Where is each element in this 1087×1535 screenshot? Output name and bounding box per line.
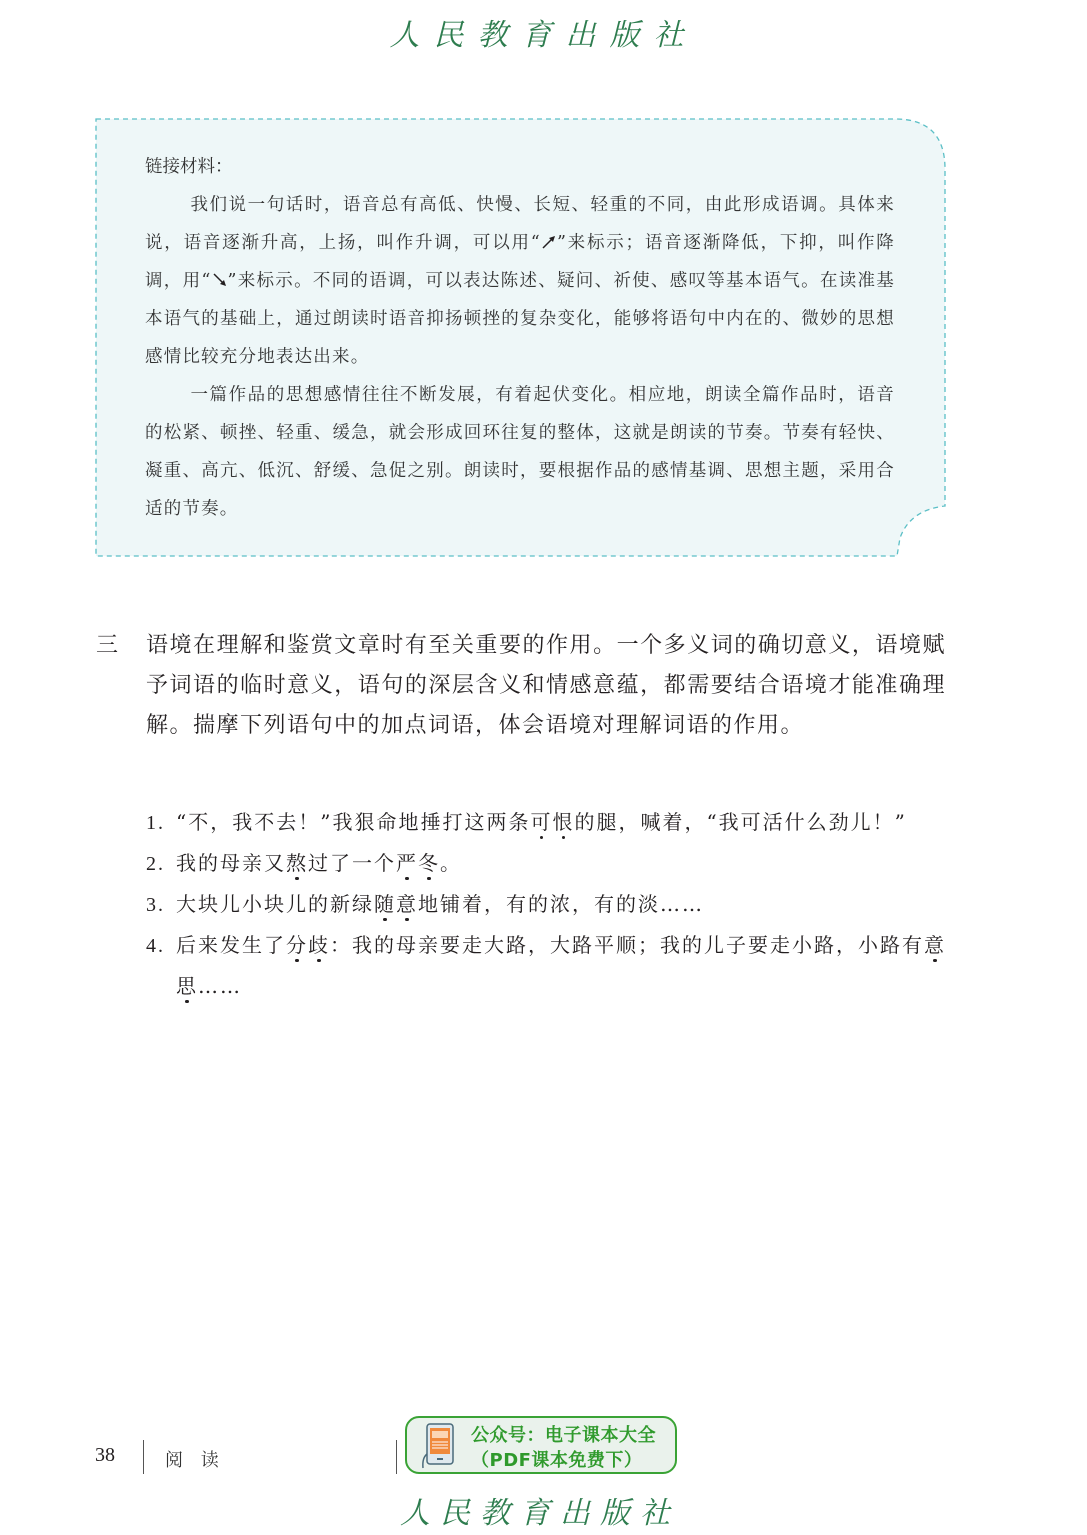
link-material-content: 链接材料： 我们说一句话时，语音总有高低、快慢、长短、轻重的不同，由此形成语调。… [145,148,895,528]
footer-divider [396,1440,397,1474]
badge-line-1: 公众号：电子课本大全 [471,1421,656,1447]
publisher-logo-top: 人民教育出版社 [0,10,1087,54]
footer-divider [143,1440,144,1474]
wechat-account-badge[interactable]: 公众号：电子课本大全 （PDF课本免费下） [405,1416,677,1474]
textbook-phone-icon [421,1422,459,1470]
link-material-paragraph-2: 一篇作品的思想感情往往不断发展，有着起伏变化。相应地，朗读全篇作品时，语音的松紧… [145,376,895,528]
exercise-item-2: 2.我的母亲又熬过了一个严冬。 [146,843,946,884]
emphasis-char: 意 [396,892,418,916]
emphasis-char: 熬 [286,851,308,875]
emphasis-char: 冬 [418,851,440,875]
link-material-title: 链接材料： [145,148,895,186]
emphasis-char: 可 [530,810,552,834]
emphasis-char: 严 [396,851,418,875]
link-material-paragraph-1: 我们说一句话时，语音总有高低、快慢、长短、轻重的不同，由此形成语调。具体来说，语… [145,186,895,376]
exercise-item-3: 3.大块儿小块儿的新绿随意地铺着，有的浓，有的淡…… [146,884,946,925]
exercise-item-4: 4.后来发生了分歧：我的母亲要走大路，大路平顺；我的儿子要走小路，小路有意思…… [146,925,946,1006]
badge-line-2: （PDF课本免费下） [471,1446,642,1472]
link-material-box: 链接材料： 我们说一句话时，语音总有高低、快慢、长短、轻重的不同，由此形成语调。… [95,118,945,556]
exercise-number: 三 [96,626,118,666]
page-number: 38 [95,1444,115,1467]
emphasis-char: 分 [286,933,308,957]
emphasis-char: 歧 [308,933,330,957]
emphasis-char: 意 [924,933,946,957]
exercise-items: 1.“不，我不去！”我狠命地捶打这两条可恨的腿，喊着，“我可活什么劲儿！” 2.… [146,802,946,1006]
exercise-prompt: 语境在理解和鉴赏文章时有至关重要的作用。一个多义词的确切意义，语境赋予词语的临时… [146,626,946,746]
emphasis-char: 思 [176,974,198,998]
emphasis-char: 恨 [552,810,574,834]
publisher-logo-bottom: 人民教育出版社 [400,1488,700,1532]
exercise-item-1: 1.“不，我不去！”我狠命地捶打这两条可恨的腿，喊着，“我可活什么劲儿！” [146,802,946,843]
arrow-up-right-icon [541,234,557,250]
arrow-down-right-icon [212,272,228,288]
emphasis-char: 随 [374,892,396,916]
exercise-three: 三 语境在理解和鉴赏文章时有至关重要的作用。一个多义词的确切意义，语境赋予词语的… [96,626,946,746]
section-label: 阅 读 [165,1446,225,1472]
